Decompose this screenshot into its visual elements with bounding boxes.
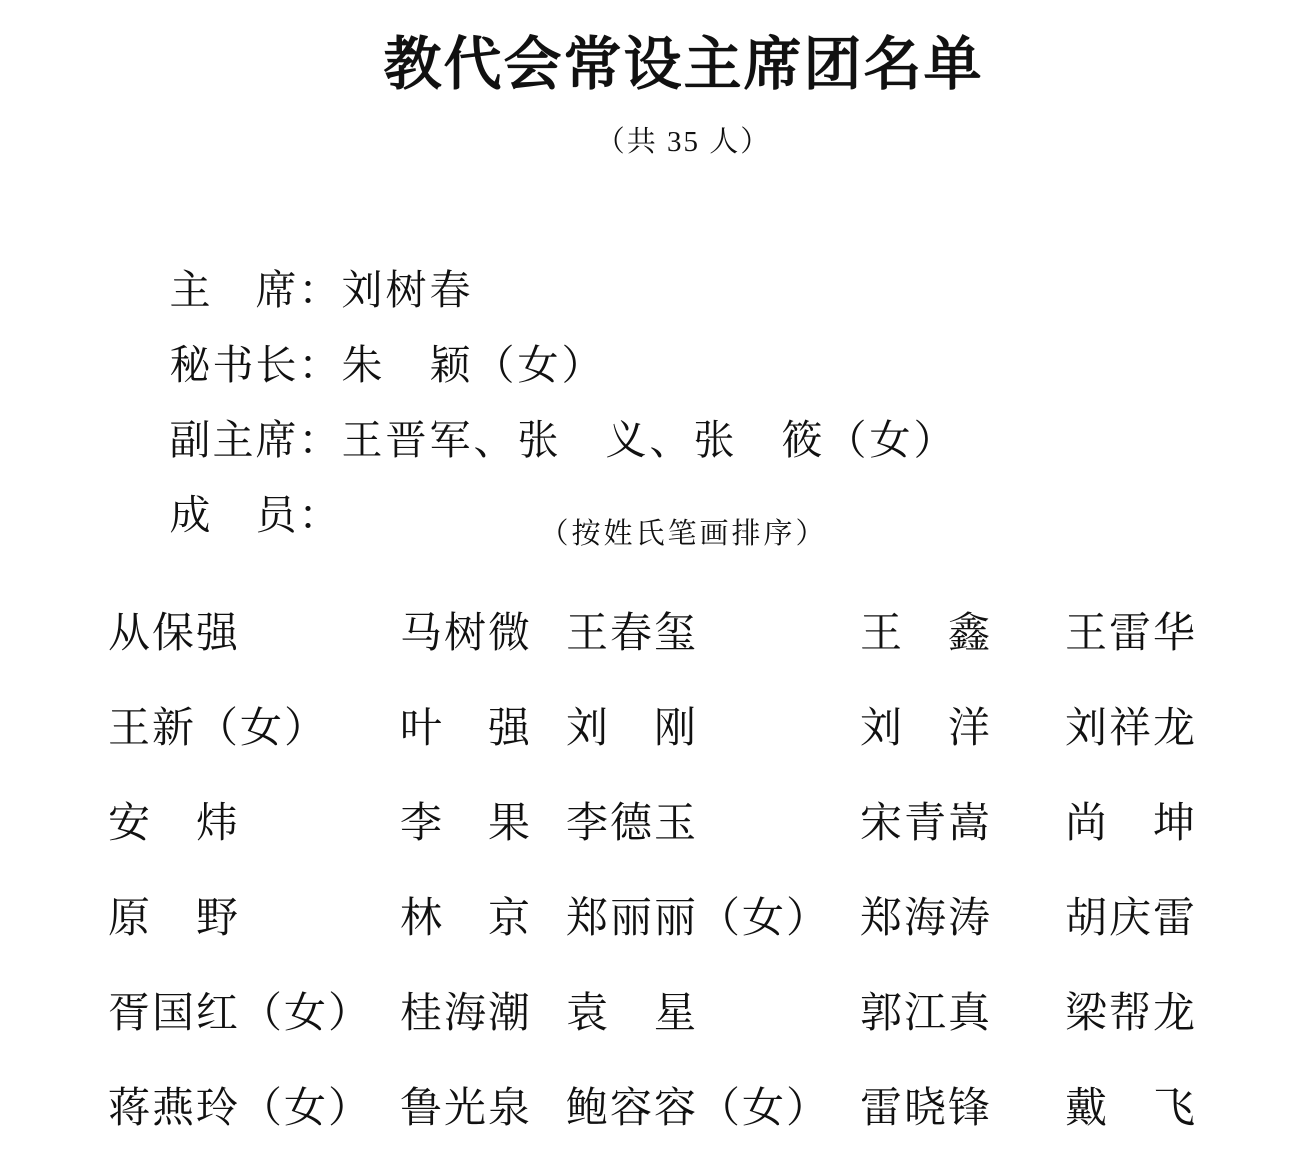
member-name: 尚 坤 (1065, 798, 1303, 893)
member-name: 刘 刚 (566, 703, 860, 798)
member-name: 宋青嵩 (860, 798, 1065, 893)
member-name: 胥国红（女） (108, 988, 400, 1083)
members-grid: 从保强 马树微 王春玺 王 鑫 王雷华 王新（女） 叶 强 刘 刚 刘 洋 刘祥… (0, 608, 1303, 1170)
member-name: 王雷华 (1065, 608, 1303, 703)
member-name: 鲁光泉 (400, 1083, 566, 1170)
total-count-note: （共 35 人） (0, 122, 1303, 162)
officer-label: 主 席： (170, 267, 342, 313)
officer-value: 王晋军、张 义、张 筱（女） (342, 417, 958, 463)
member-name: 叶 强 (400, 703, 566, 798)
member-name: 郭江真 (860, 988, 1065, 1083)
member-name: 王春玺 (566, 608, 860, 703)
member-name: 袁 星 (566, 988, 860, 1083)
member-name: 原 野 (108, 893, 400, 988)
officers-section: 主 席：刘树春 秘书长：朱 颖（女） 副主席：王晋军、张 义、张 筱（女） 成 … (0, 178, 1303, 478)
member-name: 郑海涛 (860, 893, 1065, 988)
member-name: 王 鑫 (860, 608, 1065, 703)
officer-value: 刘树春 (342, 267, 474, 313)
officer-value: 朱 颖（女） (342, 342, 606, 388)
member-name: 雷晓锋 (860, 1083, 1065, 1170)
member-name: 马树微 (400, 608, 566, 703)
member-name: 林 京 (400, 893, 566, 988)
member-name: 李德玉 (566, 798, 860, 893)
member-name: 刘 洋 (860, 703, 1065, 798)
page-title: 教代会常设主席团名单 (0, 0, 1303, 100)
member-name: 蒋燕玲（女） (108, 1083, 400, 1170)
member-name: 从保强 (108, 608, 400, 703)
officer-line-chairman: 主 席：刘树春 (108, 178, 1303, 253)
member-name: 郑丽丽（女） (566, 893, 860, 988)
officer-label: 秘书长： (170, 342, 342, 388)
member-name: 李 果 (400, 798, 566, 893)
member-name: 王新（女） (108, 703, 400, 798)
member-name: 鲍容容（女） (566, 1083, 860, 1170)
officer-label: 成 员： (170, 492, 342, 538)
member-name: 安 炜 (108, 798, 400, 893)
member-name: 梁帮龙 (1065, 988, 1303, 1083)
member-name: 胡庆雷 (1065, 893, 1303, 988)
member-name: 刘祥龙 (1065, 703, 1303, 798)
member-name: 戴 飞 (1065, 1083, 1303, 1170)
member-name: 桂海潮 (400, 988, 566, 1083)
officer-label: 副主席： (170, 417, 342, 463)
document-page: 教代会常设主席团名单 （共 35 人） 主 席：刘树春 秘书长：朱 颖（女） 副… (0, 0, 1303, 1170)
